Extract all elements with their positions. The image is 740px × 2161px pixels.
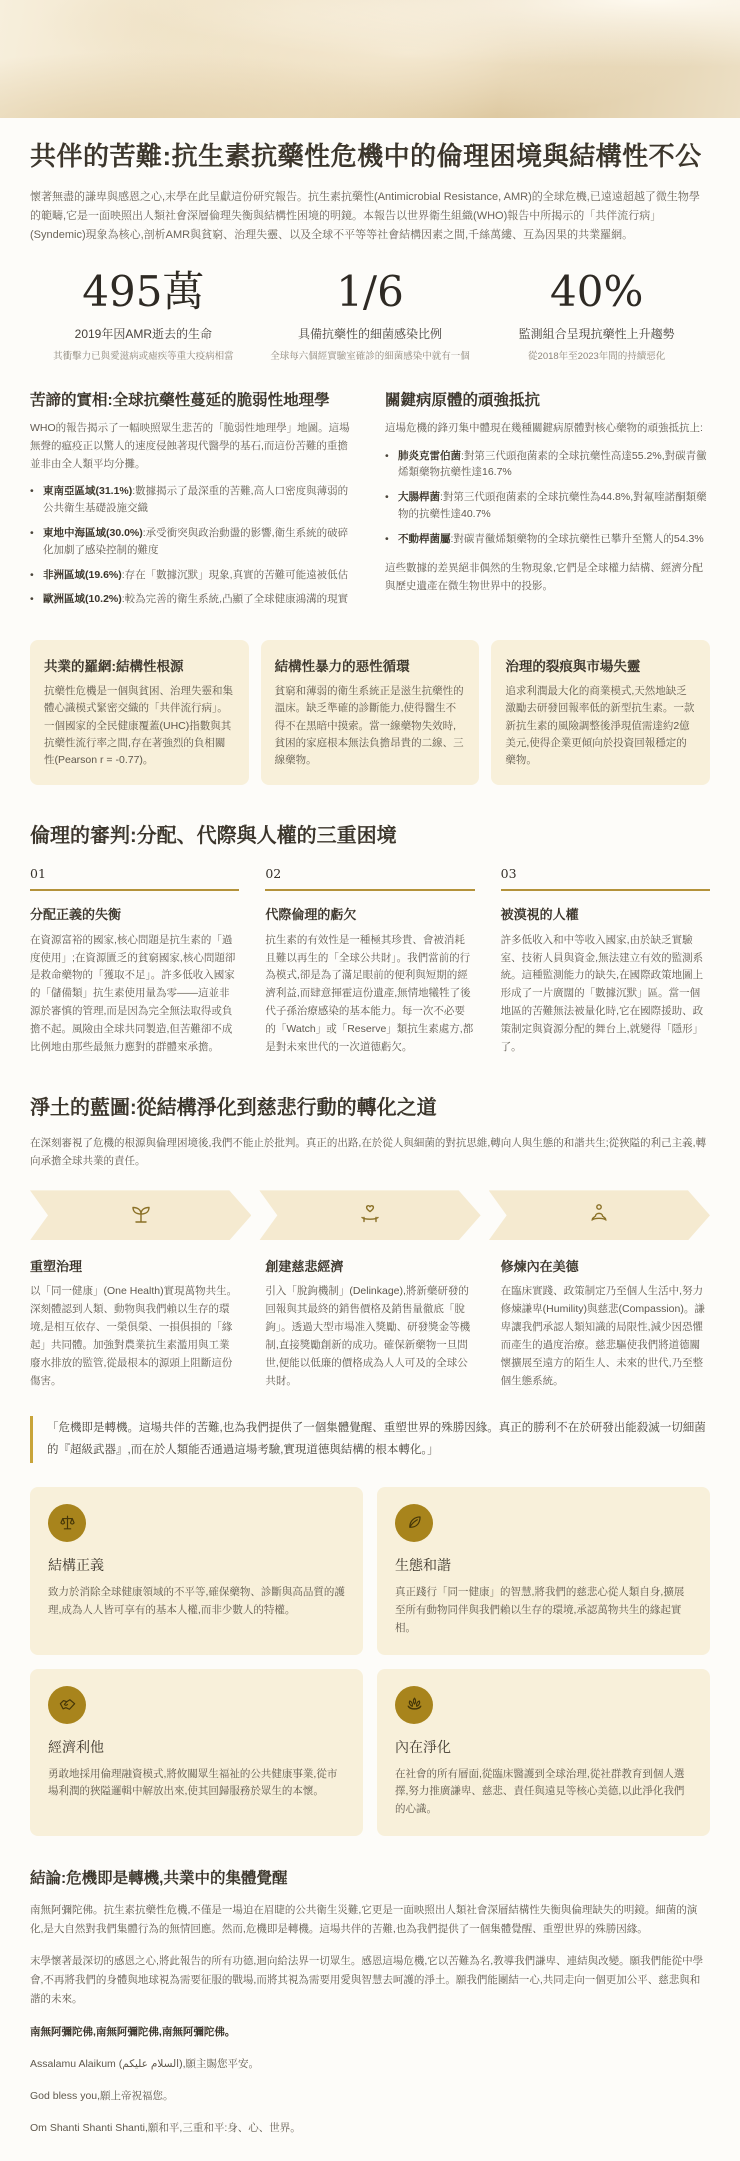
step-title: 重塑治理	[30, 1256, 239, 1275]
region-name: 歐洲區域(10.2%)	[43, 593, 122, 605]
card-title: 結構性暴力的惡性循環	[275, 655, 466, 675]
scales-icon	[48, 1504, 86, 1542]
card-market-failure: 治理的裂痕與市場失靈 追求利潤最大化的商業模式,天然地缺乏激勵去研發回報率低的新…	[491, 640, 710, 785]
card-economic-altruism: 經濟利他 勇敢地採用倫理融資模式,將攸關眾生福祉的公共健康事業,從市場利潤的狹隘…	[30, 1669, 363, 1837]
geography-pathogens-section: 苦諦的實相:全球抗藥性蔓延的脆弱性地理學 WHO的報告揭示了一幅映照眾生悲苦的「…	[30, 388, 710, 616]
item-number: 01	[30, 866, 239, 891]
pathogen-name: 大腸桿菌	[398, 491, 440, 503]
handshake-icon	[48, 1686, 86, 1724]
stat-label: 具備抗藥性的細菌感染比例	[265, 325, 476, 342]
list-item: 不動桿菌屬:對碳青黴烯類藥物的全球抗藥性已攀升至驚人的54.3%	[385, 531, 710, 548]
blessing-english: God bless you,願上帝祝福您。	[30, 2088, 710, 2103]
structural-cause-cards: 共業的羅網:結構性根源 抗藥性危機是一個與貧困、治理失靈和集體心識模式緊密交織的…	[30, 640, 710, 785]
card-title: 結構正義	[48, 1555, 345, 1575]
card-structural-roots: 共業的羅網:結構性根源 抗藥性危機是一個與貧困、治理失靈和集體心識模式緊密交織的…	[30, 640, 249, 785]
geography-title: 苦諦的實相:全球抗藥性蔓延的脆弱性地理學	[30, 388, 355, 410]
pathogens-list: 肺炎克雷伯菌:對第三代頭孢菌素的全球抗藥性高達55.2%,對碳青黴烯類藥物抗藥性…	[385, 448, 710, 548]
region-name: 東南亞區域(31.1%)	[43, 485, 132, 497]
card-title: 經濟利他	[48, 1737, 345, 1757]
region-name: 東地中海區域(30.0%)	[43, 527, 143, 539]
pathogen-text: :對碳青黴烯類藥物的全球抗藥性已攀升至驚人的54.3%	[451, 533, 704, 545]
card-text: 真正踐行「同一健康」的智慧,將我們的慈悲心從人類自身,擴展至所有動物同伴與我們賴…	[395, 1584, 692, 1638]
blueprint-intro: 在深刻審視了危機的根源與倫理困境後,我們不能止於批判。真正的出路,在於從人與細菌…	[30, 1134, 710, 1171]
step-arrow-governance	[30, 1190, 251, 1240]
pathogens-title: 關鍵病原體的頑強抵抗	[385, 388, 710, 410]
list-item: 歐洲區域(10.2%):較為完善的衛生系統,凸顯了全球健康鴻溝的現實	[30, 591, 355, 608]
pathogen-name: 肺炎克雷伯菌	[398, 450, 461, 462]
pathogen-text: :對第三代頭孢菌素的全球抗藥性為44.8%,對氟喹諾酮類藥物的抗藥性達40.7%	[398, 491, 707, 520]
conclusion-title: 結論:危機即是轉機,共業中的集體覺醒	[30, 1866, 710, 1888]
item-text: 許多低收入和中等收入國家,由於缺乏實驗室、技術人員與資金,無法建立有效的監測系統…	[501, 932, 710, 1057]
card-text: 追求利潤最大化的商業模式,天然地缺乏激勵去研發回報率低的新型抗生素。一款新抗生素…	[505, 683, 696, 770]
ethics-item-intergenerational: 02 代際倫理的虧欠 抗生素的有效性是一種極其珍貴、會被消耗且難以再生的「全球公…	[265, 866, 474, 1057]
step-arrow-virtue	[489, 1190, 710, 1240]
card-title: 內在淨化	[395, 1737, 692, 1757]
sprout-icon	[129, 1201, 153, 1230]
stat-resistant-ratio: 1/6 具備抗藥性的細菌感染比例 全球每六個經實驗室確診的細菌感染中就有一個	[257, 268, 484, 362]
card-text: 致力於消除全球健康領域的不平等,確保藥物、診斷與高品質的護理,成為人人皆可享有的…	[48, 1584, 345, 1620]
pull-quote: 「危機即是轉機。這場共伴的苦難,也為我們提供了一個集體覺醒、重塑世界的殊勝因緣。…	[30, 1416, 710, 1463]
conclusion-paragraph-2: 末學懷著最深切的感恩之心,將此報告的所有功德,迴向給法界一切眾生。感恩這場危機,…	[30, 1952, 710, 2009]
step-arrow-economy	[259, 1190, 480, 1240]
stat-label: 監測組合呈現抗藥性上升趨勢	[491, 325, 702, 342]
card-ecological-harmony: 生態和諧 真正踐行「同一健康」的智慧,將我們的慈悲心從人類自身,擴展至所有動物同…	[377, 1487, 710, 1655]
report-intro: 懷著無盡的謙卑與感恩之心,末學在此呈獻這份研究報告。抗生素抗藥性(Antimic…	[30, 188, 710, 246]
card-text: 在社會的所有層面,從臨床醫護到全球治理,從社群教育到個人選擇,努力推廣謙卑、慈悲…	[395, 1766, 692, 1820]
card-text: 貧窮和薄弱的衛生系統正是滋生抗藥性的溫床。缺乏準確的診斷能力,使得醫生不得不在黑…	[275, 683, 466, 770]
lotus-icon	[395, 1686, 433, 1724]
stat-sublabel: 從2018年至2023年間的持續惡化	[491, 348, 702, 362]
ethics-item-human-rights: 03 被漠視的人權 許多低收入和中等收入國家,由於缺乏實驗室、技術人員與資金,無…	[501, 866, 710, 1057]
leaf-icon	[395, 1504, 433, 1542]
step-title: 創建慈悲經濟	[265, 1256, 474, 1275]
step-text: 以「同一健康」(One Health)實現萬物共生。深刻體認到人類、動物與我們賴…	[30, 1283, 239, 1390]
blessing-sanskrit: Om Shanti Shanti Shanti,願和平,三重和平:身、心、世界。	[30, 2120, 710, 2135]
card-structural-justice: 結構正義 致力於消除全球健康領域的不平等,確保藥物、診斷與高品質的護理,成為人人…	[30, 1487, 363, 1655]
region-text: :較為完善的衛生系統,凸顯了全球健康鴻溝的現實	[122, 593, 348, 605]
stat-amr-deaths: 495萬 2019年因AMR逝去的生命 其衝擊力已與愛滋病或瘧疾等重大疫病相當	[30, 268, 257, 362]
list-item: 大腸桿菌:對第三代頭孢菌素的全球抗藥性為44.8%,對氟喹諾酮類藥物的抗藥性達4…	[385, 489, 710, 523]
card-text: 勇敢地採用倫理融資模式,將攸關眾生福祉的公共健康事業,從市場利潤的狹隘邏輯中解放…	[48, 1766, 345, 1802]
stat-value: 1/6	[265, 268, 476, 316]
key-stats: 495萬 2019年因AMR逝去的生命 其衝擊力已與愛滋病或瘧疾等重大疫病相當 …	[30, 268, 710, 362]
list-item: 非洲區域(19.6%):存在「數據沉默」現象,真實的苦難可能遠被低估	[30, 567, 355, 584]
meditation-icon	[587, 1201, 611, 1230]
card-title: 治理的裂痕與市場失靈	[505, 655, 696, 675]
pathogens-column: 關鍵病原體的頑強抵抗 這場危機的鋒刃集中體現在幾種關鍵病原體對核心藥物的頑強抵抗…	[385, 388, 710, 616]
item-number: 03	[501, 866, 710, 891]
item-text: 在資源富裕的國家,核心問題是抗生素的「過度使用」;在資源匱乏的貧窮國家,核心問題…	[30, 932, 239, 1057]
stat-sublabel: 其衝擊力已與愛滋病或瘧疾等重大疫病相當	[38, 348, 249, 362]
geography-column: 苦諦的實相:全球抗藥性蔓延的脆弱性地理學 WHO的報告揭示了一幅映照眾生悲苦的「…	[30, 388, 355, 616]
virtue-cards: 結構正義 致力於消除全球健康領域的不平等,確保藥物、診斷與高品質的護理,成為人人…	[30, 1487, 710, 1836]
stat-value: 495萬	[38, 268, 249, 316]
ethics-grid: 01 分配正義的失衡 在資源富裕的國家,核心問題是抗生素的「過度使用」;在資源匱…	[30, 866, 710, 1057]
page-title: 共伴的苦難:抗生素抗藥性危機中的倫理困境與結構性不公	[30, 140, 710, 174]
item-title: 代際倫理的虧欠	[265, 904, 474, 923]
amitabha-line: 南無阿彌陀佛,南無阿彌陀佛,南無阿彌陀佛。	[30, 2024, 710, 2039]
pathogens-outro: 這些數據的差異絕非偶然的生物現象,它們是全球權力結構、經濟分配與歷史遺產在微生物…	[385, 560, 710, 596]
hero-dunes-image	[0, 0, 740, 118]
heart-hand-icon	[358, 1201, 382, 1230]
card-text: 抗藥性危機是一個與貧困、治理失靈和集體心識模式緊密交織的「共伴流行病」。一個國家…	[44, 683, 235, 770]
stat-rising-trend: 40% 監測組合呈現抗藥性上升趨勢 從2018年至2023年間的持續惡化	[483, 268, 710, 362]
pathogens-intro: 這場危機的鋒刃集中體現在幾種關鍵病原體對核心藥物的頑強抵抗上:	[385, 420, 710, 438]
step-title: 修煉內在美德	[501, 1256, 710, 1275]
conclusion-paragraph-1: 南無阿彌陀佛。抗生素抗藥性危機,不僅是一場迫在眉睫的公共衛生災難,它更是一面映照…	[30, 1901, 710, 1939]
region-text: :存在「數據沉默」現象,真實的苦難可能遠被低估	[122, 569, 348, 581]
transformation-steps-arrows	[30, 1190, 710, 1240]
report-page: 共伴的苦難:抗生素抗藥性危機中的倫理困境與結構性不公 懷著無盡的謙卑與感恩之心,…	[0, 140, 740, 2161]
card-title: 生態和諧	[395, 1555, 692, 1575]
list-item: 肺炎克雷伯菌:對第三代頭孢菌素的全球抗藥性高達55.2%,對碳青黴烯類藥物抗藥性…	[385, 448, 710, 482]
step-virtue: 修煉內在美德 在臨床實踐、政策制定乃至個人生活中,努力修煉謙卑(Humility…	[501, 1256, 710, 1390]
stat-label: 2019年因AMR逝去的生命	[38, 325, 249, 342]
item-text: 抗生素的有效性是一種極其珍貴、會被消耗且難以再生的「全球公共財」。我們當前的行為…	[265, 932, 474, 1057]
card-inner-purification: 內在淨化 在社會的所有層面,從臨床醫護到全球治理,從社群教育到個人選擇,努力推廣…	[377, 1669, 710, 1837]
item-title: 分配正義的失衡	[30, 904, 239, 923]
step-economy: 創建慈悲經濟 引入「脫鉤機制」(Delinkage),將新藥研發的回報與其最終的…	[265, 1256, 474, 1390]
item-title: 被漠視的人權	[501, 904, 710, 923]
step-text: 引入「脫鉤機制」(Delinkage),將新藥研發的回報與其最終的銷售價格及銷售…	[265, 1283, 474, 1390]
geography-intro: WHO的報告揭示了一幅映照眾生悲苦的「脆弱性地理學」地圖。這場無聲的瘟疫正以驚人…	[30, 420, 355, 474]
card-title: 共業的羅網:結構性根源	[44, 655, 235, 675]
ethics-item-distribution: 01 分配正義的失衡 在資源富裕的國家,核心問題是抗生素的「過度使用」;在資源匱…	[30, 866, 239, 1057]
transformation-steps-text: 重塑治理 以「同一健康」(One Health)實現萬物共生。深刻體認到人類、動…	[30, 1256, 710, 1390]
blessing-arabic: Assalamu Alaikum (السلام عليكم),願主賜您平安。	[30, 2056, 710, 2071]
card-vicious-cycle: 結構性暴力的惡性循環 貧窮和薄弱的衛生系統正是滋生抗藥性的溫床。缺乏準確的診斷能…	[261, 640, 480, 785]
geography-list: 東南亞區域(31.1%):數據揭示了最深重的苦難,高人口密度與薄弱的公共衛生基礎…	[30, 483, 355, 608]
item-number: 02	[265, 866, 474, 891]
blueprint-section-title: 淨土的藍圖:從結構淨化到慈悲行動的轉化之道	[30, 1091, 710, 1120]
step-governance: 重塑治理 以「同一健康」(One Health)實現萬物共生。深刻體認到人類、動…	[30, 1256, 239, 1390]
ethics-section-title: 倫理的審判:分配、代際與人權的三重困境	[30, 819, 710, 848]
list-item: 東南亞區域(31.1%):數據揭示了最深重的苦難,高人口密度與薄弱的公共衛生基礎…	[30, 483, 355, 517]
step-text: 在臨床實踐、政策制定乃至個人生活中,努力修煉謙卑(Humility)與慈悲(Co…	[501, 1283, 710, 1390]
list-item: 東地中海區域(30.0%):承受衝突與政治動盪的影響,衛生系統的破碎化加劇了感染…	[30, 525, 355, 559]
stat-value: 40%	[491, 268, 702, 316]
region-name: 非洲區域(19.6%)	[43, 569, 122, 581]
stat-sublabel: 全球每六個經實驗室確診的細菌感染中就有一個	[265, 348, 476, 362]
pathogen-name: 不動桿菌屬	[398, 533, 451, 545]
